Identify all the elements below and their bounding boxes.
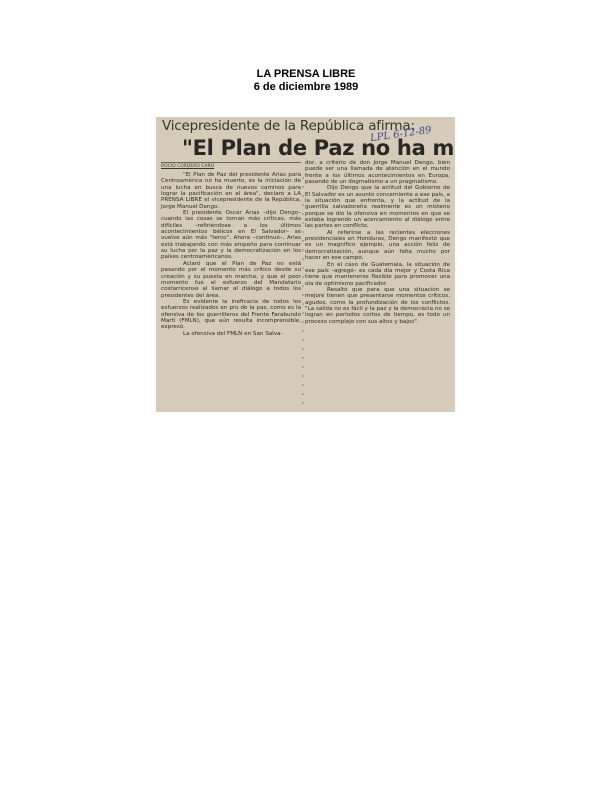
paragraph: Dijo Dengo que la actitud del Gobierno d…: [305, 185, 450, 229]
page-header: LA PRENSA LIBRE 6 de diciembre 1989: [0, 68, 612, 94]
byline-rule: [161, 162, 301, 163]
paragraph: Resaltó que para que una situación se me…: [305, 287, 450, 325]
paragraph: La ofensiva del FMLN en San Salva-: [161, 331, 301, 337]
publication-name: LA PRENSA LIBRE: [0, 68, 612, 81]
article-byline: ROCIO CORDERO CARO: [161, 164, 214, 169]
paragraph: Al referirse a las recientes elecciones …: [305, 230, 450, 262]
publication-date: 6 de diciembre 1989: [0, 81, 612, 94]
paragraph: Es evidente la ineficacia de todos los e…: [161, 299, 301, 331]
paragraph: En el caso de Guatemala, la situación de…: [305, 262, 450, 287]
article-column-right: dor, a criterio de don Jorge Manuel Deng…: [305, 160, 450, 325]
article-column-left: "El Plan de Paz del presidente Arias par…: [161, 172, 301, 337]
paragraph: Aclaró que el Plan de Paz no está pasand…: [161, 261, 301, 299]
paragraph: El presidente Oscar Arias –dijo Dengo– c…: [161, 210, 301, 261]
newspaper-clipping: Vicepresidente de la República afirma: "…: [156, 117, 455, 412]
article-headline: "El Plan de Paz no ha muerto": [182, 136, 455, 160]
paragraph: "El Plan de Paz del presidente Arias par…: [161, 172, 301, 210]
paragraph: dor, a criterio de don Jorge Manuel Deng…: [305, 160, 450, 185]
column-divider: [302, 177, 304, 407]
